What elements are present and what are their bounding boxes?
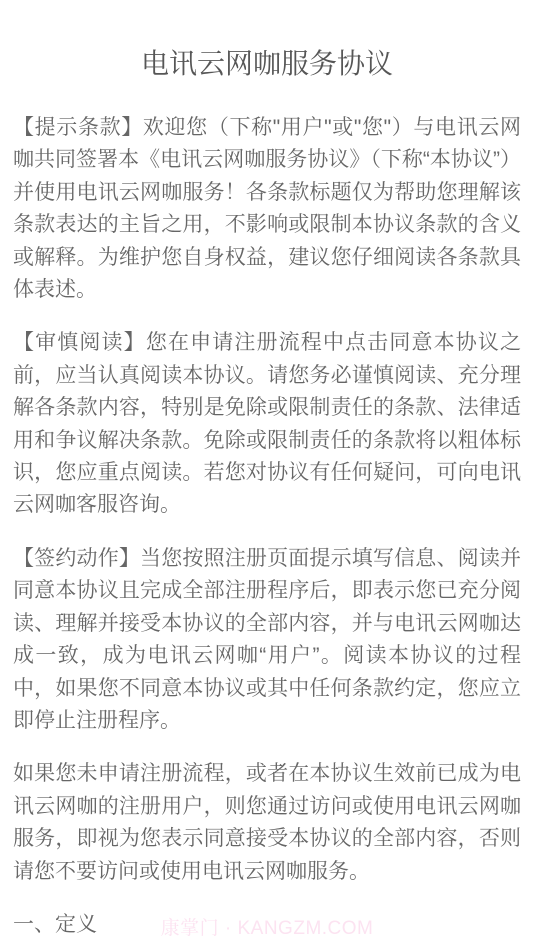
- page-title: 电讯云网咖服务协议: [13, 44, 521, 84]
- agreement-page: 电讯云网咖服务协议 【提示条款】欢迎您（下称"用户"或"您"）与电讯云网咖共同签…: [0, 0, 534, 941]
- agreement-paragraph-signing-action: 【签约动作】当您按照注册页面提示填写信息、阅读并同意本协议且完成全部注册程序后，…: [13, 543, 521, 737]
- section-heading-definitions: 一、定义: [13, 909, 521, 941]
- agreement-paragraph-notice: 【提示条款】欢迎您（下称"用户"或"您"）与电讯云网咖共同签署本《电讯云网咖服务…: [13, 112, 521, 306]
- agreement-paragraph-careful-reading: 【审慎阅读】您在申请注册流程中点击同意本协议之前，应当认真阅读本协议。请您务必谨…: [13, 327, 521, 521]
- agreement-paragraph-acceptance: 如果您未申请注册流程，或者在本协议生效前已成为电讯云网咖的注册用户，则您通过访问…: [13, 758, 521, 888]
